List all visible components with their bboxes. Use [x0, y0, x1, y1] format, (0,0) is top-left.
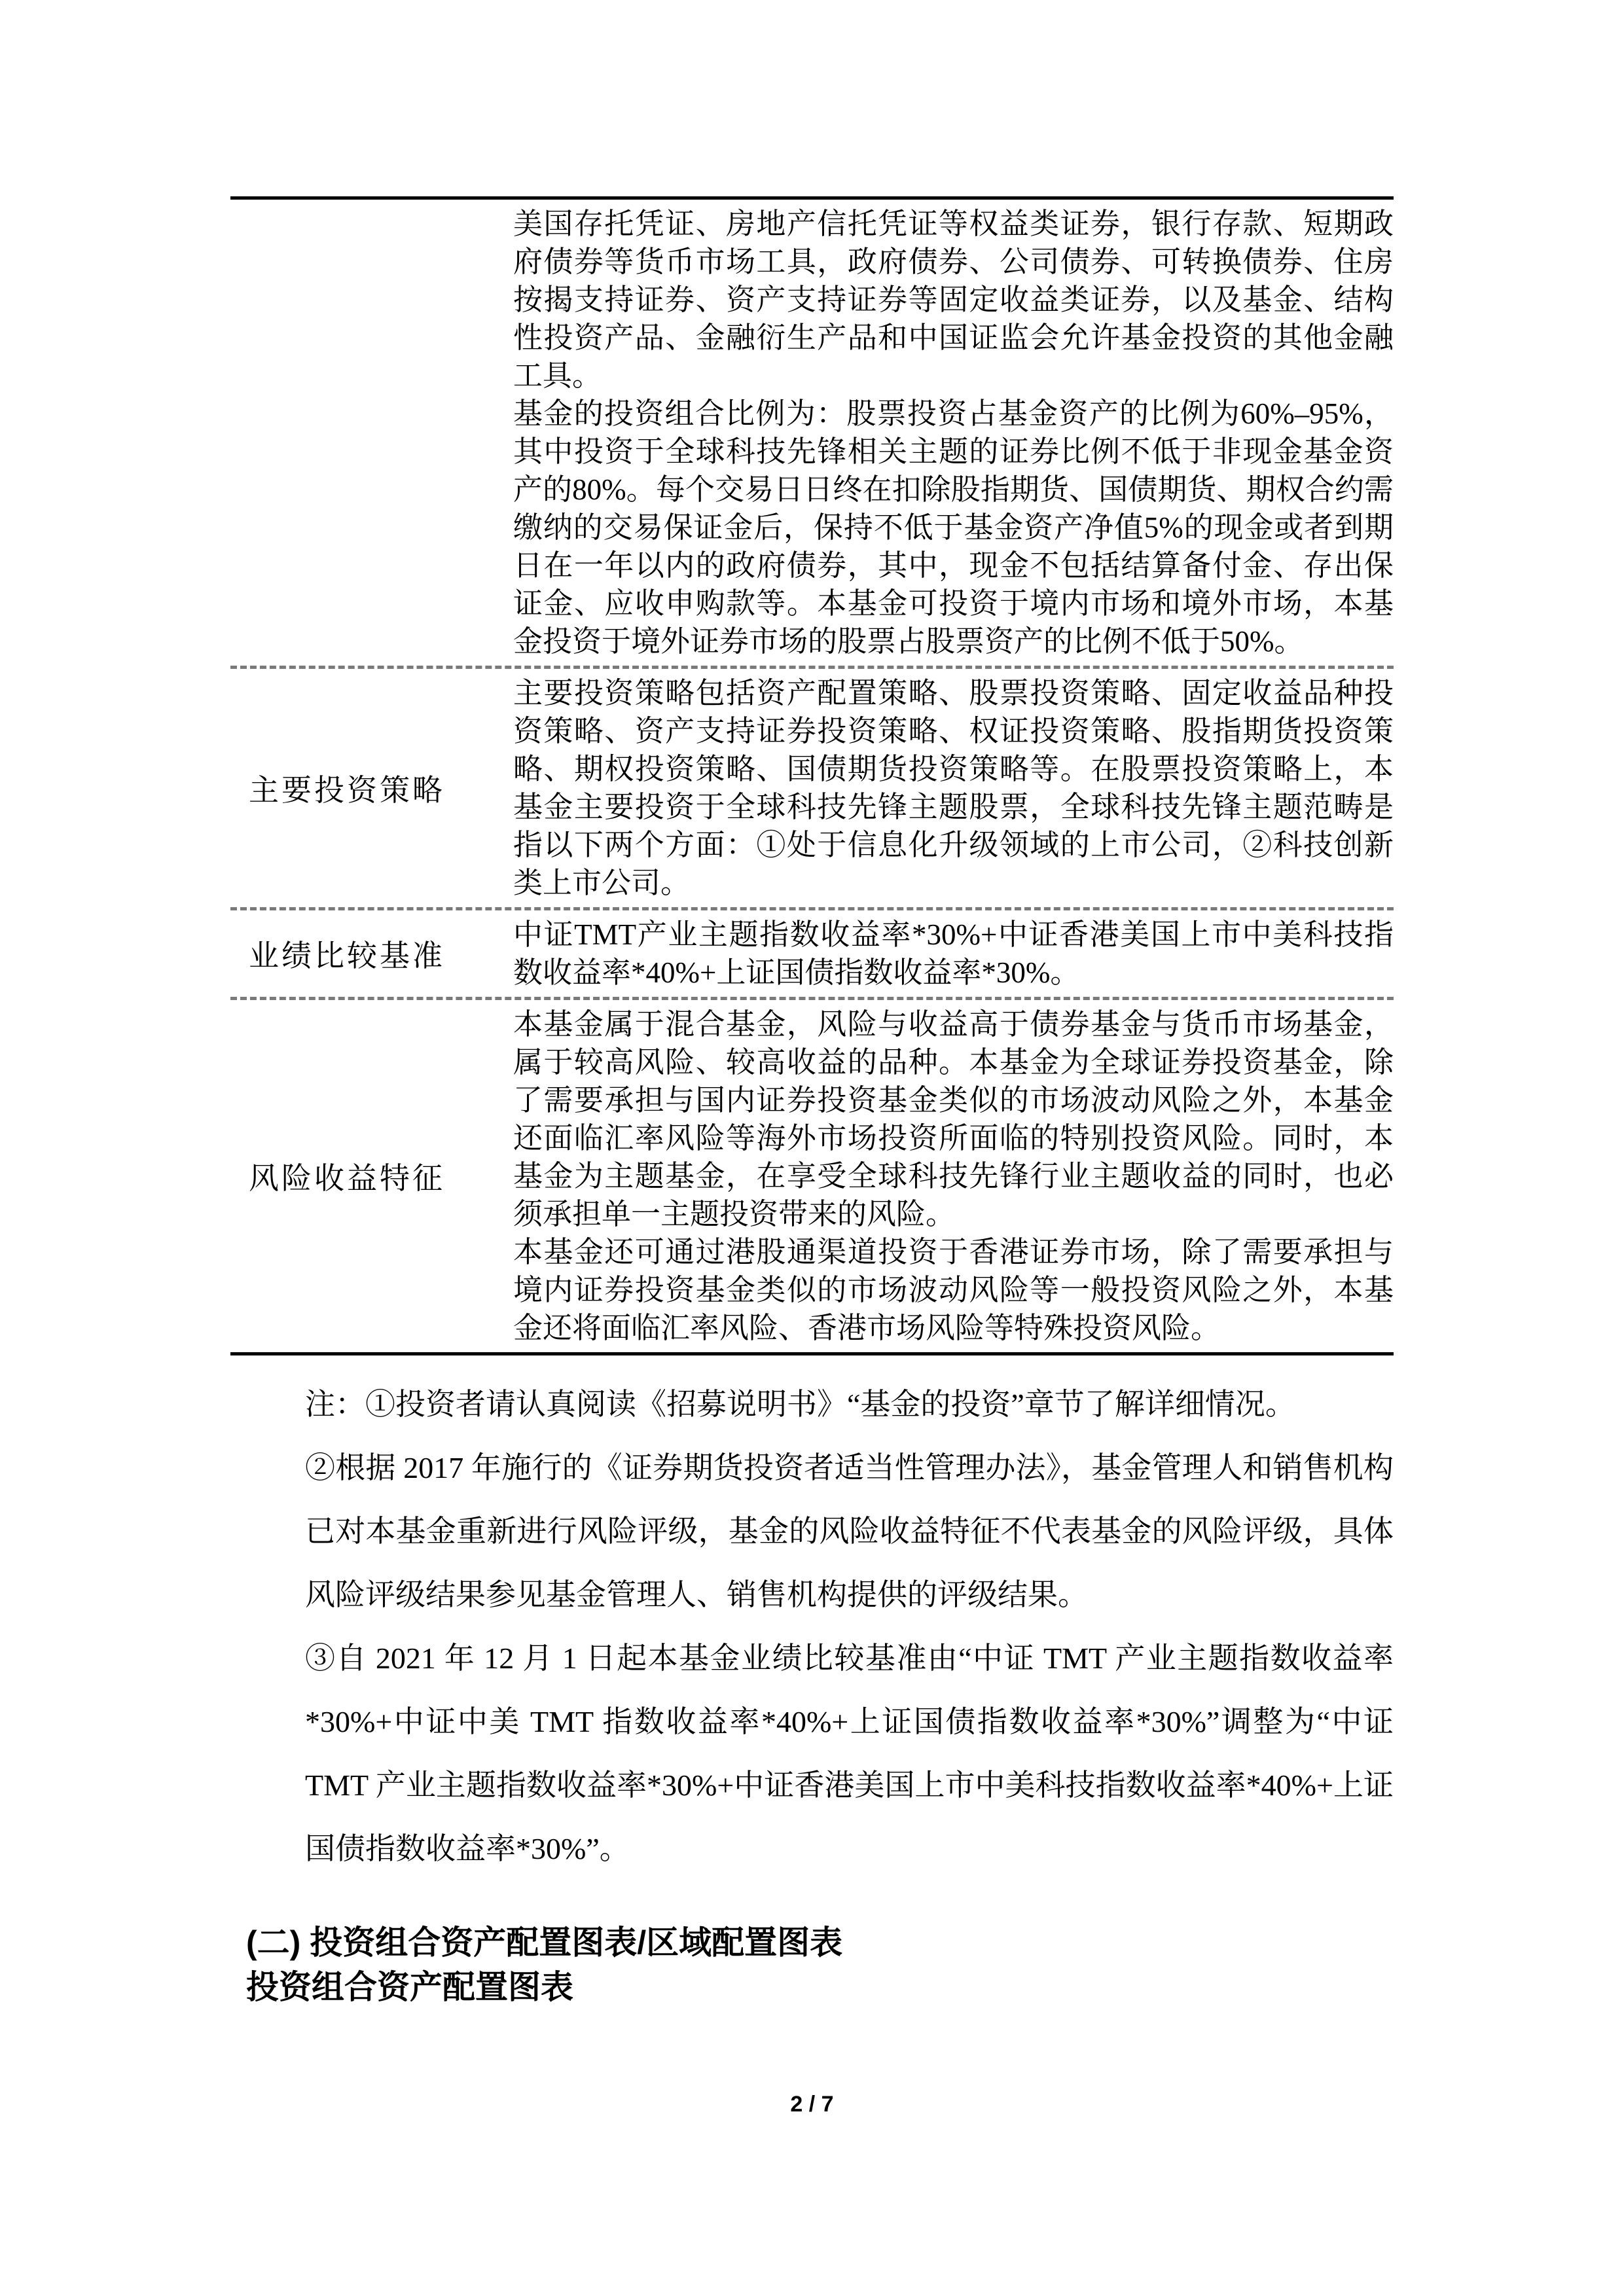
document-content: 美国存托凭证、房地产信托凭证等权益类证券，银行存款、短期政府债券等货币市场工具，… — [230, 196, 1394, 2007]
headings-block: (二) 投资组合资产配置图表/区域配置图表 投资组合资产配置图表 — [246, 1922, 1394, 2007]
notes-section: 注：①投资者请认真阅读《招募说明书》“基金的投资”章节了解详细情况。 ②根据 2… — [305, 1372, 1394, 1880]
table-row-main-strategy: 主要投资策略 主要投资策略包括资产配置策略、股票投资策略、固定收益品种投资策略、… — [230, 666, 1394, 907]
page-number: 2 / 7 — [0, 2092, 1624, 2117]
row-label-main-strategy: 主要投资策略 — [230, 669, 513, 907]
note-item-1: 注：①投资者请认真阅读《招募说明书》“基金的投资”章节了解详细情况。 — [305, 1372, 1394, 1436]
section-heading: (二) 投资组合资产配置图表/区域配置图表 — [246, 1922, 1394, 1963]
row-content-risk-return: 本基金属于混合基金，风险与收益高于债券基金与货币市场基金，属于较高风险、较高收益… — [513, 1000, 1394, 1352]
row-label-text: 风险收益特征 — [249, 1155, 445, 1198]
row-content-investment-scope: 美国存托凭证、房地产信托凭证等权益类证券，银行存款、短期政府债券等货币市场工具，… — [513, 200, 1394, 666]
content-paragraph: 基金的投资组合比例为：股票投资占基金资产的比例为60%–95%，其中投资于全球科… — [513, 395, 1394, 660]
table-row-benchmark: 业绩比较基准 中证TMT产业主题指数收益率*30%+中证香港美国上市中美科技指数… — [230, 907, 1394, 997]
row-label-text: 业绩比较基准 — [249, 932, 445, 975]
content-paragraph: 中证TMT产业主题指数收益率*30%+中证香港美国上市中美科技指数收益率*40%… — [513, 916, 1394, 992]
content-paragraph: 本基金还可通过港股通渠道投资于香港证券市场，除了需要承担与境内证券投资基金类似的… — [513, 1233, 1394, 1347]
row-label-empty — [230, 200, 513, 666]
row-label-benchmark: 业绩比较基准 — [230, 910, 513, 997]
row-content-benchmark: 中证TMT产业主题指数收益率*30%+中证香港美国上市中美科技指数收益率*40%… — [513, 910, 1394, 997]
row-label-text: 主要投资策略 — [249, 766, 445, 810]
chart-subheading: 投资组合资产配置图表 — [246, 1967, 1394, 2007]
content-paragraph: 主要投资策略包括资产配置策略、股票投资策略、固定收益品种投资策略、资产支持证券投… — [513, 674, 1394, 902]
content-paragraph: 本基金属于混合基金，风险与收益高于债券基金与货币市场基金，属于较高风险、较高收益… — [513, 1005, 1394, 1233]
note-item-2: ②根据 2017 年施行的《证券期货投资者适当性管理办法》，基金管理人和销售机构… — [305, 1436, 1394, 1626]
row-label-risk-return: 风险收益特征 — [230, 1000, 513, 1352]
table-row-investment-scope: 美国存托凭证、房地产信托凭证等权益类证券，银行存款、短期政府债券等货币市场工具，… — [230, 200, 1394, 666]
table-row-risk-return: 风险收益特征 本基金属于混合基金，风险与收益高于债券基金与货币市场基金，属于较高… — [230, 997, 1394, 1352]
fund-info-table: 美国存托凭证、房地产信托凭证等权益类证券，银行存款、短期政府债券等货币市场工具，… — [230, 196, 1394, 1355]
note-item-3: ③自 2021 年 12 月 1 日起本基金业绩比较基准由“中证 TMT 产业主… — [305, 1626, 1394, 1880]
row-content-main-strategy: 主要投资策略包括资产配置策略、股票投资策略、固定收益品种投资策略、资产支持证券投… — [513, 669, 1394, 907]
document-page: 美国存托凭证、房地产信托凭证等权益类证券，银行存款、短期政府债券等货币市场工具，… — [0, 0, 1624, 2296]
content-paragraph: 美国存托凭证、房地产信托凭证等权益类证券，银行存款、短期政府债券等货币市场工具，… — [513, 205, 1394, 395]
